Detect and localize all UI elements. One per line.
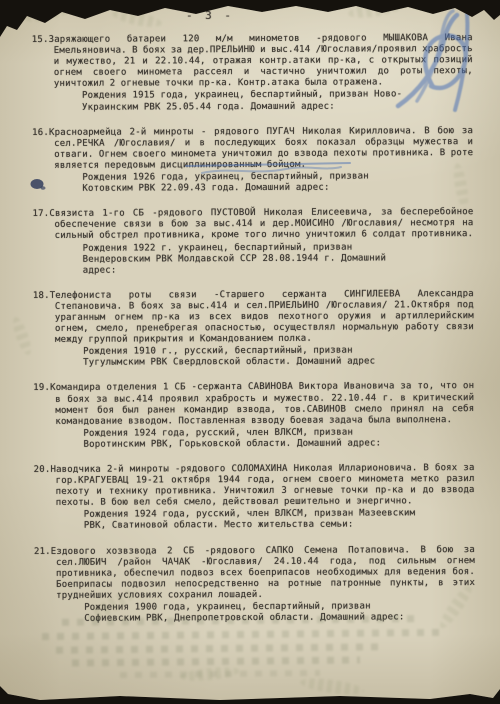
- entry-citation-text: Наводчика 2-й минроты -рядового СОЛОМАХИ…: [50, 463, 474, 508]
- award-entry-20: 20.Наводчика 2-й минроты -рядового СОЛОМ…: [34, 463, 475, 532]
- bleed-through-line: [72, 656, 360, 666]
- entry-number: 20.: [34, 465, 51, 475]
- paper-smudge: [10, 315, 35, 357]
- entry-number: 16.: [32, 128, 49, 138]
- entry-citation: 20.Наводчика 2-й минроты -рядового СОЛОМ…: [34, 463, 475, 509]
- bleed-through-line: [56, 643, 382, 653]
- award-entry-19: 19.Командира отделения 1 СБ -сержанта СА…: [33, 381, 474, 450]
- award-entry-17: 17.Связиста 1-го СБ -рядового ПУСТОВОЙ Н…: [32, 207, 473, 276]
- entry-details: Рождения 1924 года, русский, член ВЛКСМ,…: [84, 509, 416, 533]
- typewritten-text-block: 15.Заряжающего батареи 120 м/м минометов…: [32, 33, 476, 639]
- entry-citation-text: Заряжающего батареи 120 м/м минометов -р…: [49, 33, 473, 89]
- entry-citation: 18.Телефониста роты связи -Старшего серж…: [33, 289, 474, 346]
- entry-citation: 17.Связиста 1-го СБ -рядового ПУСТОВОЙ Н…: [32, 207, 473, 242]
- entry-number: 17.: [32, 209, 49, 219]
- entry-details: Рождения 1900 года, украинец, беспартийн…: [84, 601, 416, 625]
- paper-smudge: [347, 0, 407, 21]
- entry-citation: 16.Красноармейца 2-й минроты - рядового …: [32, 126, 473, 172]
- paper-smudge: [23, 0, 89, 26]
- entry-citation-text: Красноармейца 2-й минроты - рядового ПУГ…: [49, 126, 473, 171]
- award-entry-21: 21.Ездового хозвзвода 2 СБ -рядового САП…: [34, 545, 475, 626]
- entry-citation: 19.Командира отделения 1 СБ -сержанта СА…: [33, 381, 474, 427]
- award-entry-16: 16.Красноармейца 2-й минроты - рядового …: [32, 126, 473, 195]
- entry-citation-text: Телефониста роты связи -Старшего сержант…: [50, 289, 474, 345]
- paper-smudge: [180, 665, 241, 683]
- paper-smudge: [299, 676, 364, 698]
- scanned-document-page: - 3 - 15.Заряжающего батареи 120 м/м мин…: [0, 0, 500, 704]
- bleed-through-line: [120, 670, 320, 678]
- entry-citation-text: Связиста 1-го СБ -рядового ПУСТОВОЙ Нико…: [49, 207, 473, 241]
- award-entry-15: 15.Заряжающего батареи 120 м/м минометов…: [32, 33, 473, 114]
- entry-citation: 21.Ездового хозвзвода 2 СБ -рядового САП…: [34, 545, 475, 602]
- entry-number: 21.: [34, 546, 51, 556]
- entry-details: Рождения 1926 года, украинец, беспартийн…: [82, 171, 414, 195]
- entry-number: 15.: [32, 35, 49, 45]
- entry-details: Рождения 1924 года, русский, член ВЛКСМ,…: [83, 427, 415, 451]
- paper-smudge: [111, 7, 163, 30]
- entry-citation: 15.Заряжающего батареи 120 м/м минометов…: [32, 33, 473, 90]
- entry-citation-text: Командира отделения 1 СБ -сержанта САВИН…: [50, 381, 474, 426]
- entry-citation-text: Ездового хозвзвода 2 СБ -рядового САПКО …: [51, 545, 475, 601]
- entry-details: Рождения 1910 г., русский, беспартийный,…: [83, 346, 415, 370]
- entry-details: Рождения 1922 г. украинец, беспартийный,…: [83, 242, 415, 277]
- entry-number: 19.: [33, 383, 50, 393]
- award-entry-18: 18.Телефониста роты связи -Старшего серж…: [33, 289, 474, 370]
- entry-number: 18.: [33, 291, 50, 301]
- entry-details: Рождения 1915 года, украинец, беспартийн…: [82, 90, 414, 114]
- page-number: - 3 -: [160, 9, 260, 22]
